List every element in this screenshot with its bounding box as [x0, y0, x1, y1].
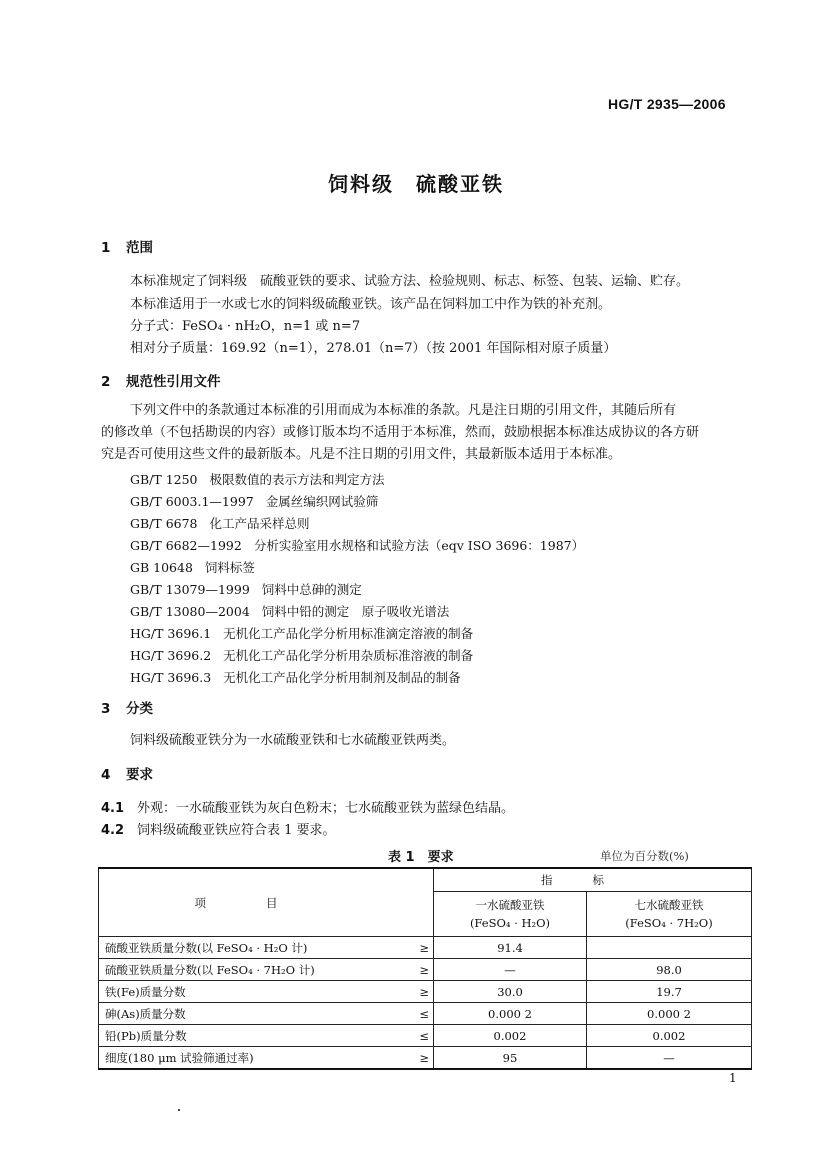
row-value-heptahydrate: 19.7	[586, 981, 751, 1003]
clause-number: 4.2	[101, 823, 137, 838]
column-formula: (FeSO₄ · 7H₂O)	[593, 914, 745, 932]
references-intro-line-2: 的修改单（不包括勘误的内容）或修订版本均不适用于本标准，然而，鼓励根据本标准达成…	[101, 422, 699, 444]
reference-code: GB/T 6003.1—1997	[130, 494, 254, 509]
row-value-heptahydrate: —	[586, 1047, 751, 1070]
clause-4-1: 4.1外观：一水硫酸亚铁为灰白色粉末；七水硫酸亚铁为蓝绿色结晶。	[101, 797, 514, 816]
table-unit: 单位为百分数(%)	[600, 848, 689, 864]
standard-code: HG/T 2935—2006	[608, 96, 726, 112]
row-value-heptahydrate: 0.002	[586, 1025, 751, 1047]
reference-code: GB/T 13080—2004	[130, 604, 250, 619]
row-operator: ≥	[405, 937, 434, 959]
reference-code: GB/T 1250	[130, 472, 198, 487]
clause-text: 饲料级硫酸亚铁应符合表 1 要求。	[137, 823, 336, 838]
references-intro-line-3: 究是否可使用这些文件的最新版本。凡是不注日期的引用文件，其最新版本适用于本标准。	[101, 444, 621, 466]
table-row: 硫酸亚铁质量分数(以 FeSO₄ · 7H₂O 计) ≥ — 98.0	[99, 959, 752, 981]
section-number: 4	[101, 767, 126, 783]
reference-code: HG/T 3696.3	[130, 670, 211, 685]
reference-title: 饲料中总砷的测定	[262, 582, 362, 597]
column-header-monohydrate: 一水硫酸亚铁 (FeSO₄ · H₂O)	[434, 892, 587, 937]
row-value-monohydrate: 0.002	[434, 1025, 587, 1047]
row-operator: ≥	[405, 1047, 434, 1070]
reference-code: GB 10648	[130, 560, 193, 575]
row-operator: ≥	[405, 981, 434, 1003]
requirements-table: 项目 指标 一水硫酸亚铁 (FeSO₄ · H₂O) 七水硫酸亚铁 (FeSO₄…	[98, 867, 752, 1070]
table-caption: 表 1 要求	[388, 846, 454, 865]
reference-title: 极限数值的表示方法和判定方法	[210, 472, 385, 487]
reference-item: HG/T 3696.2无机化工产品化学分析用杂质标准溶液的制备	[130, 646, 473, 664]
scope-line-2: 本标准适用于一水或七水的饲料级硫酸亚铁。该产品在饲料加工中作为铁的补充剂。	[130, 293, 611, 312]
reference-item: GB/T 1250极限数值的表示方法和判定方法	[130, 470, 385, 488]
table-row: 铁(Fe)质量分数 ≥ 30.0 19.7	[99, 981, 752, 1003]
row-value-heptahydrate: 98.0	[586, 959, 751, 981]
section-number: 3	[101, 701, 126, 717]
row-item: 铁(Fe)质量分数	[99, 981, 406, 1003]
page-number: 1	[729, 1071, 737, 1085]
section-title: 范围	[126, 240, 153, 256]
column-header-item: 项目	[99, 868, 434, 937]
row-item: 硫酸亚铁质量分数(以 FeSO₄ · 7H₂O 计)	[99, 959, 406, 981]
reference-item: HG/T 3696.1无机化工产品化学分析用标准滴定溶液的制备	[130, 624, 473, 642]
reference-title: 无机化工产品化学分析用标准滴定溶液的制备	[223, 626, 473, 641]
row-value-heptahydrate: 0.000 2	[586, 1003, 751, 1025]
reference-item: GB/T 13079—1999饲料中总砷的测定	[130, 580, 362, 598]
references-intro-line-1: 下列文件中的条款通过本标准的引用而成为本标准的条款。凡是注日期的引用文件，其随后…	[130, 400, 676, 422]
section-2-heading: 2规范性引用文件	[101, 370, 221, 390]
molecular-formula: 分子式：FeSO₄ · nH₂O，n=1 或 n=7	[130, 315, 360, 334]
molecular-mass: 相对分子质量：169.92（n=1），278.01（n=7）（按 2001 年国…	[130, 337, 616, 356]
reference-item: GB/T 6678化工产品采样总则	[130, 514, 310, 532]
table-row: 细度(180 μm 试验筛通过率) ≥ 95 —	[99, 1047, 752, 1070]
column-name: 七水硫酸亚铁	[593, 896, 745, 914]
reference-title: 无机化工产品化学分析用制剂及制品的制备	[223, 670, 461, 685]
scope-line-1: 本标准规定了饲料级 硫酸亚铁的要求、试验方法、检验规则、标志、标签、包装、运输、…	[130, 270, 689, 289]
column-header-heptahydrate: 七水硫酸亚铁 (FeSO₄ · 7H₂O)	[586, 892, 751, 937]
reference-code: GB/T 6678	[130, 516, 198, 531]
section-number: 1	[101, 240, 126, 256]
reference-item: GB 10648饲料标签	[130, 558, 255, 576]
row-operator: ≤	[405, 1025, 434, 1047]
reference-code: GB/T 13079—1999	[130, 582, 250, 597]
section-title: 规范性引用文件	[126, 374, 221, 390]
reference-title: 化工产品采样总则	[210, 516, 310, 531]
scan-artifact-dot	[178, 1109, 180, 1111]
row-item: 硫酸亚铁质量分数(以 FeSO₄ · H₂O 计)	[99, 937, 406, 959]
row-item: 细度(180 μm 试验筛通过率)	[99, 1047, 406, 1070]
document-title: 饲料级 硫酸亚铁	[0, 168, 832, 197]
table-row: 铅(Pb)质量分数 ≤ 0.002 0.002	[99, 1025, 752, 1047]
clause-text: 外观：一水硫酸亚铁为灰白色粉末；七水硫酸亚铁为蓝绿色结晶。	[137, 801, 514, 816]
reference-item: GB/T 13080—2004饲料中铅的测定 原子吸收光谱法	[130, 602, 449, 620]
reference-item: HG/T 3696.3无机化工产品化学分析用制剂及制品的制备	[130, 668, 461, 686]
table-row: 硫酸亚铁质量分数(以 FeSO₄ · H₂O 计) ≥ 91.4	[99, 937, 752, 959]
section-1-heading: 1范围	[101, 236, 153, 256]
reference-code: GB/T 6682—1992	[130, 538, 242, 553]
row-value-monohydrate: —	[434, 959, 587, 981]
column-name: 一水硫酸亚铁	[440, 896, 580, 914]
row-operator: ≤	[405, 1003, 434, 1025]
row-value-monohydrate: 95	[434, 1047, 587, 1070]
reference-title: 饲料中铅的测定 原子吸收光谱法	[262, 604, 450, 619]
section-number: 2	[101, 374, 126, 390]
clause-number: 4.1	[101, 801, 137, 816]
row-value-monohydrate: 91.4	[434, 937, 587, 959]
reference-code: HG/T 3696.1	[130, 626, 211, 641]
classification-text: 饲料级硫酸亚铁分为一水硫酸亚铁和七水硫酸亚铁两类。	[130, 729, 455, 748]
row-item: 铅(Pb)质量分数	[99, 1025, 406, 1047]
section-title: 要求	[126, 767, 153, 783]
row-value-monohydrate: 0.000 2	[434, 1003, 587, 1025]
row-value-monohydrate: 30.0	[434, 981, 587, 1003]
reference-title: 金属丝编织网试验筛	[266, 494, 379, 509]
section-3-heading: 3分类	[101, 697, 153, 717]
column-header-index: 指标	[434, 868, 752, 892]
section-4-heading: 4要求	[101, 763, 153, 783]
column-formula: (FeSO₄ · H₂O)	[440, 914, 580, 932]
row-operator: ≥	[405, 959, 434, 981]
row-value-heptahydrate	[586, 937, 751, 959]
reference-item: GB/T 6003.1—1997金属丝编织网试验筛	[130, 492, 378, 510]
row-item: 砷(As)质量分数	[99, 1003, 406, 1025]
clause-4-2: 4.2饲料级硫酸亚铁应符合表 1 要求。	[101, 819, 336, 838]
table-row: 砷(As)质量分数 ≤ 0.000 2 0.000 2	[99, 1003, 752, 1025]
reference-title: 分析实验室用水规格和试验方法（eqv ISO 3696：1987）	[254, 538, 584, 553]
reference-code: HG/T 3696.2	[130, 648, 211, 663]
reference-item: GB/T 6682—1992分析实验室用水规格和试验方法（eqv ISO 369…	[130, 536, 584, 554]
section-title: 分类	[126, 701, 153, 717]
reference-title: 饲料标签	[205, 560, 255, 575]
reference-title: 无机化工产品化学分析用杂质标准溶液的制备	[223, 648, 473, 663]
